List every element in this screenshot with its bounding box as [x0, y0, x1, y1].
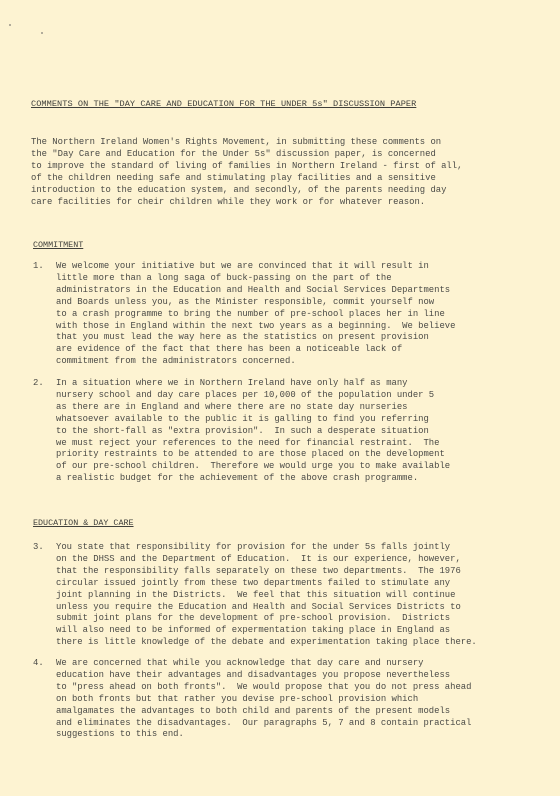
- paragraph-text: We are concerned that while you acknowle…: [56, 658, 471, 741]
- intro-paragraph: The Northern Ireland Women's Rights Move…: [31, 137, 462, 208]
- section-heading-commitment: COMMITMENT: [33, 240, 83, 250]
- paper-speck: [9, 24, 11, 26]
- paragraph-number: 2.: [33, 378, 44, 390]
- document-title: COMMENTS ON THE "DAY CARE AND EDUCATION …: [31, 99, 416, 109]
- paragraph-text: In a situation where we in Northern Irel…: [56, 378, 450, 485]
- document-page: COMMENTS ON THE "DAY CARE AND EDUCATION …: [0, 0, 560, 796]
- paragraph-text: You state that responsibility for provis…: [56, 542, 477, 649]
- paragraph-number: 4.: [33, 658, 44, 670]
- paper-speck: [41, 32, 43, 34]
- paragraph-number: 1.: [33, 261, 44, 273]
- paragraph-number: 3.: [33, 542, 44, 554]
- paragraph-text: We welcome your initiative but we are co…: [56, 261, 455, 368]
- section-heading-education-day-care: EDUCATION & DAY CARE: [33, 518, 134, 528]
